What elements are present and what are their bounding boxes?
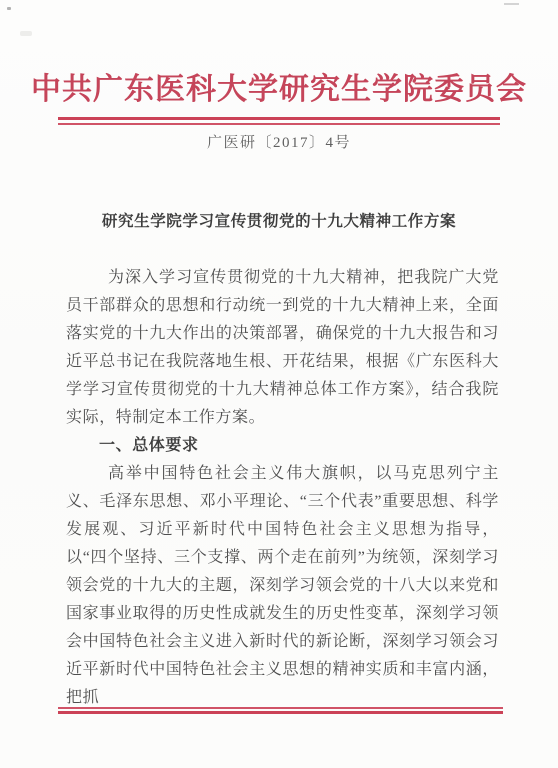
scan-artifact-top-left bbox=[7, 7, 11, 10]
section-1-paragraph: 高举中国特色社会主义伟大旗帜，以马克思列宁主义、毛泽东思想、邓小平理论、“三个代… bbox=[66, 460, 499, 712]
scan-artifact-smudge bbox=[20, 31, 32, 36]
red-separator-top bbox=[58, 117, 500, 125]
section-1-heading: 一、总体要求 bbox=[66, 432, 499, 460]
document-title: 研究生学院学习宣传贯彻党的十九大精神工作方案 bbox=[0, 209, 558, 231]
red-header-org-title: 中共广东医科大学研究生学院委员会 bbox=[0, 64, 558, 108]
scan-artifact-top-right bbox=[504, 3, 519, 5]
document-body: 为深入学习宣传贯彻党的十九大精神，把我院广大党员干部群众的思想和行动统一到党的十… bbox=[66, 264, 499, 712]
red-separator-bottom bbox=[58, 707, 503, 714]
document-number: 广医研〔2017〕4号 bbox=[0, 131, 558, 152]
intro-paragraph: 为深入学习宣传贯彻党的十九大精神，把我院广大党员干部群众的思想和行动统一到党的十… bbox=[66, 264, 499, 432]
scanned-document-page: 中共广东医科大学研究生学院委员会 广医研〔2017〕4号 研究生学院学习宣传贯彻… bbox=[0, 0, 558, 768]
